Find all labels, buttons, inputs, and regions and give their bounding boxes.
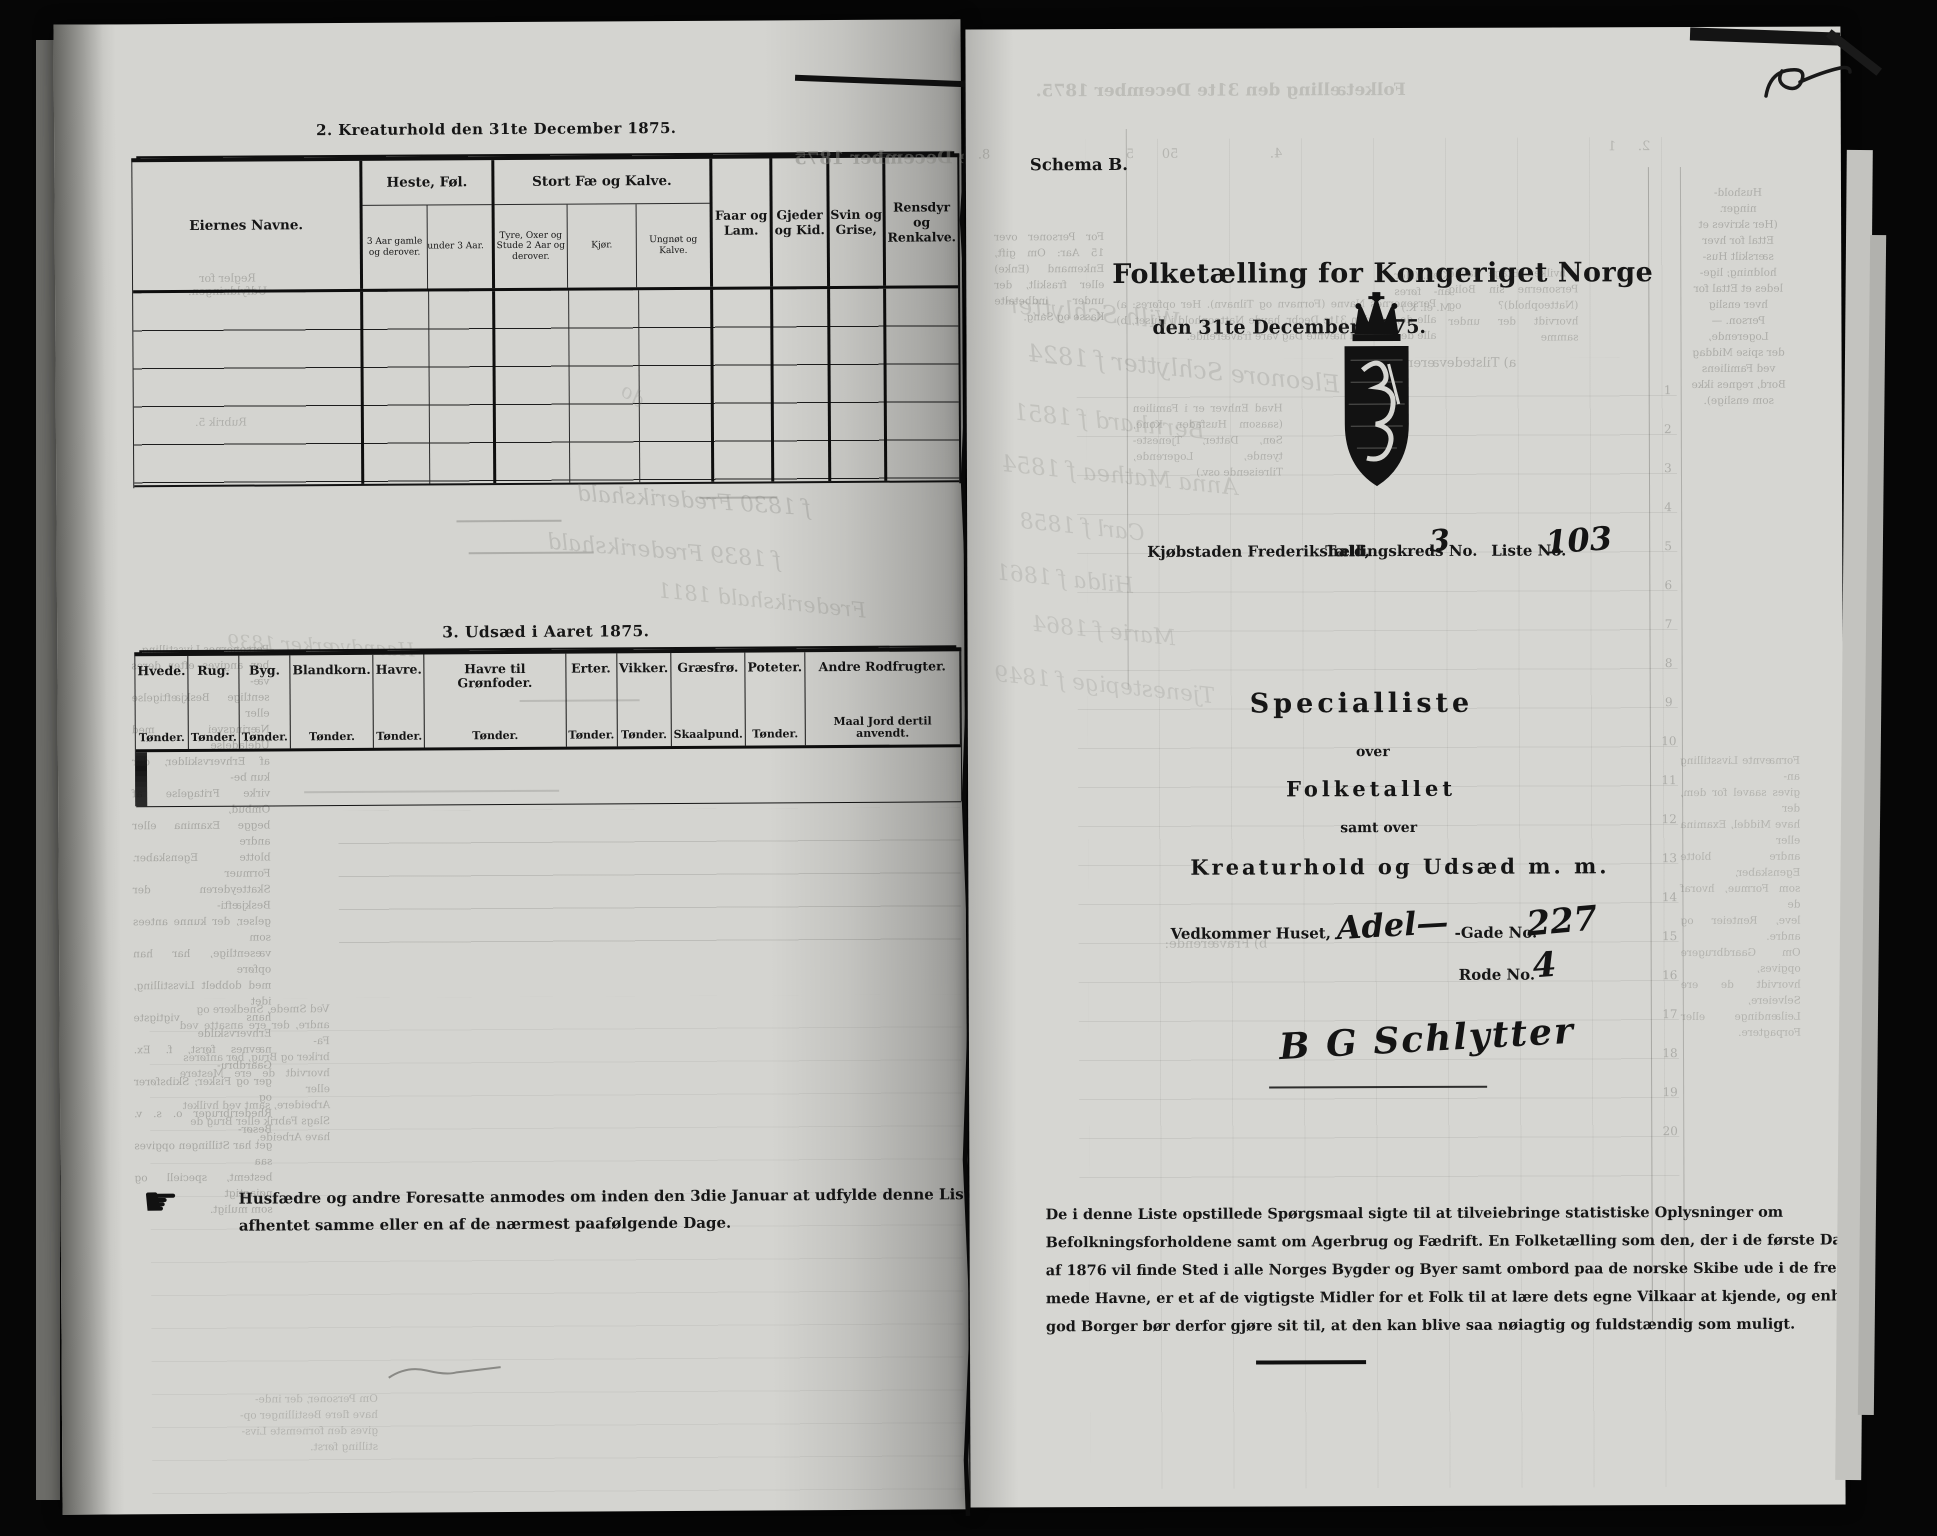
fold-shadow: [763, 19, 969, 1510]
bleedthrough-digit: 4.: [1270, 146, 1282, 161]
district-value-handwriting: 3: [1428, 523, 1451, 559]
bleedthrough-digit: 2.: [1638, 139, 1650, 154]
coat-of-arms-icon: [1326, 290, 1427, 506]
gade-label: -Gade No.: [1455, 924, 1538, 942]
bleedthrough-margin-column: Fornævnte Livsstilling an-gives saavel f…: [1680, 753, 1801, 1041]
subcol-heste-under3: under 3 Aar.: [427, 241, 484, 252]
ink-curl-mark: [1762, 56, 1854, 112]
bleedthrough-digit: 8.: [978, 147, 990, 162]
udsaed-title: 3. Udsæd i Aaret 1875.: [442, 621, 649, 641]
manicule-icon: ☛: [143, 1182, 179, 1222]
rode-value-handwriting: 4: [1531, 945, 1558, 987]
subcol-tyre-oxer: Tyre, Oxer og Stude 2 Aar og derover.: [495, 230, 567, 262]
col-faar-lam: Faar og Lam.: [713, 207, 770, 237]
bleedthrough-digit: 1: [1608, 139, 1616, 154]
special-line5: Kreaturhold og Udsæd m. m.: [1190, 853, 1609, 879]
subcol-kjoer: Kjør.: [591, 241, 612, 252]
left-page: Regler for Udfyldningen. Rubrik 5. Perso…: [53, 19, 969, 1515]
right-page: Folketælling den 31te December 1875. 8. …: [965, 26, 1845, 1507]
special-line4: samt over: [1340, 820, 1417, 836]
subcol-ungnoet: Ungnøt og Kalve.: [637, 235, 710, 256]
special-line2: over: [1356, 744, 1390, 760]
left-page-edge-shade: [53, 24, 124, 1514]
instruction-paragraph: De i denne Liste opstillede Spørgsmaal s…: [1046, 1199, 1718, 1341]
census-scan: Regler for Udfyldningen. Rubrik 5. Perso…: [0, 0, 1937, 1536]
census-title: Folketælling for Kongeriget Norge: [1112, 257, 1653, 290]
subcol-heste-3aar: 3 Aar gamle og derover.: [363, 237, 427, 258]
paragraph-end-rule: [1256, 1360, 1366, 1364]
group-heste-foel: Heste, Føl.: [386, 174, 467, 190]
kreaturhold-title: 2. Kreaturhold den 31te December 1875.: [316, 119, 676, 139]
list-value-handwriting: 103: [1544, 519, 1613, 562]
group-stort-fae: Stort Fæ og Kalve.: [532, 173, 672, 190]
rode-label: Rode No.: [1459, 966, 1535, 984]
special-line3: Folketallet: [1286, 776, 1456, 802]
bleedthrough-fravaerende: b) Fraværende:: [1165, 936, 1268, 951]
pencil-squiggle: [387, 1360, 507, 1387]
bleedthrough-margin-column: Hushold-ninger.(Her skrives etEttal for …: [1682, 185, 1795, 409]
district-label: Tællingskreds No.: [1325, 542, 1477, 561]
gade-value-handwriting: 227: [1525, 898, 1599, 944]
street-handwriting: Adel—: [1336, 903, 1450, 947]
schema-label: Schema B.: [1030, 155, 1128, 174]
special-line1: Specialliste: [1250, 688, 1473, 720]
bleedthrough-digit: 50: [1162, 147, 1179, 162]
note-line2: afhentet samme eller en af de nærmest pa…: [239, 1214, 732, 1235]
col-eiernes-navne: Eiernes Navne.: [189, 217, 303, 234]
bleedthrough-title: Folketælling den 31te December 1875.: [1036, 80, 1406, 101]
